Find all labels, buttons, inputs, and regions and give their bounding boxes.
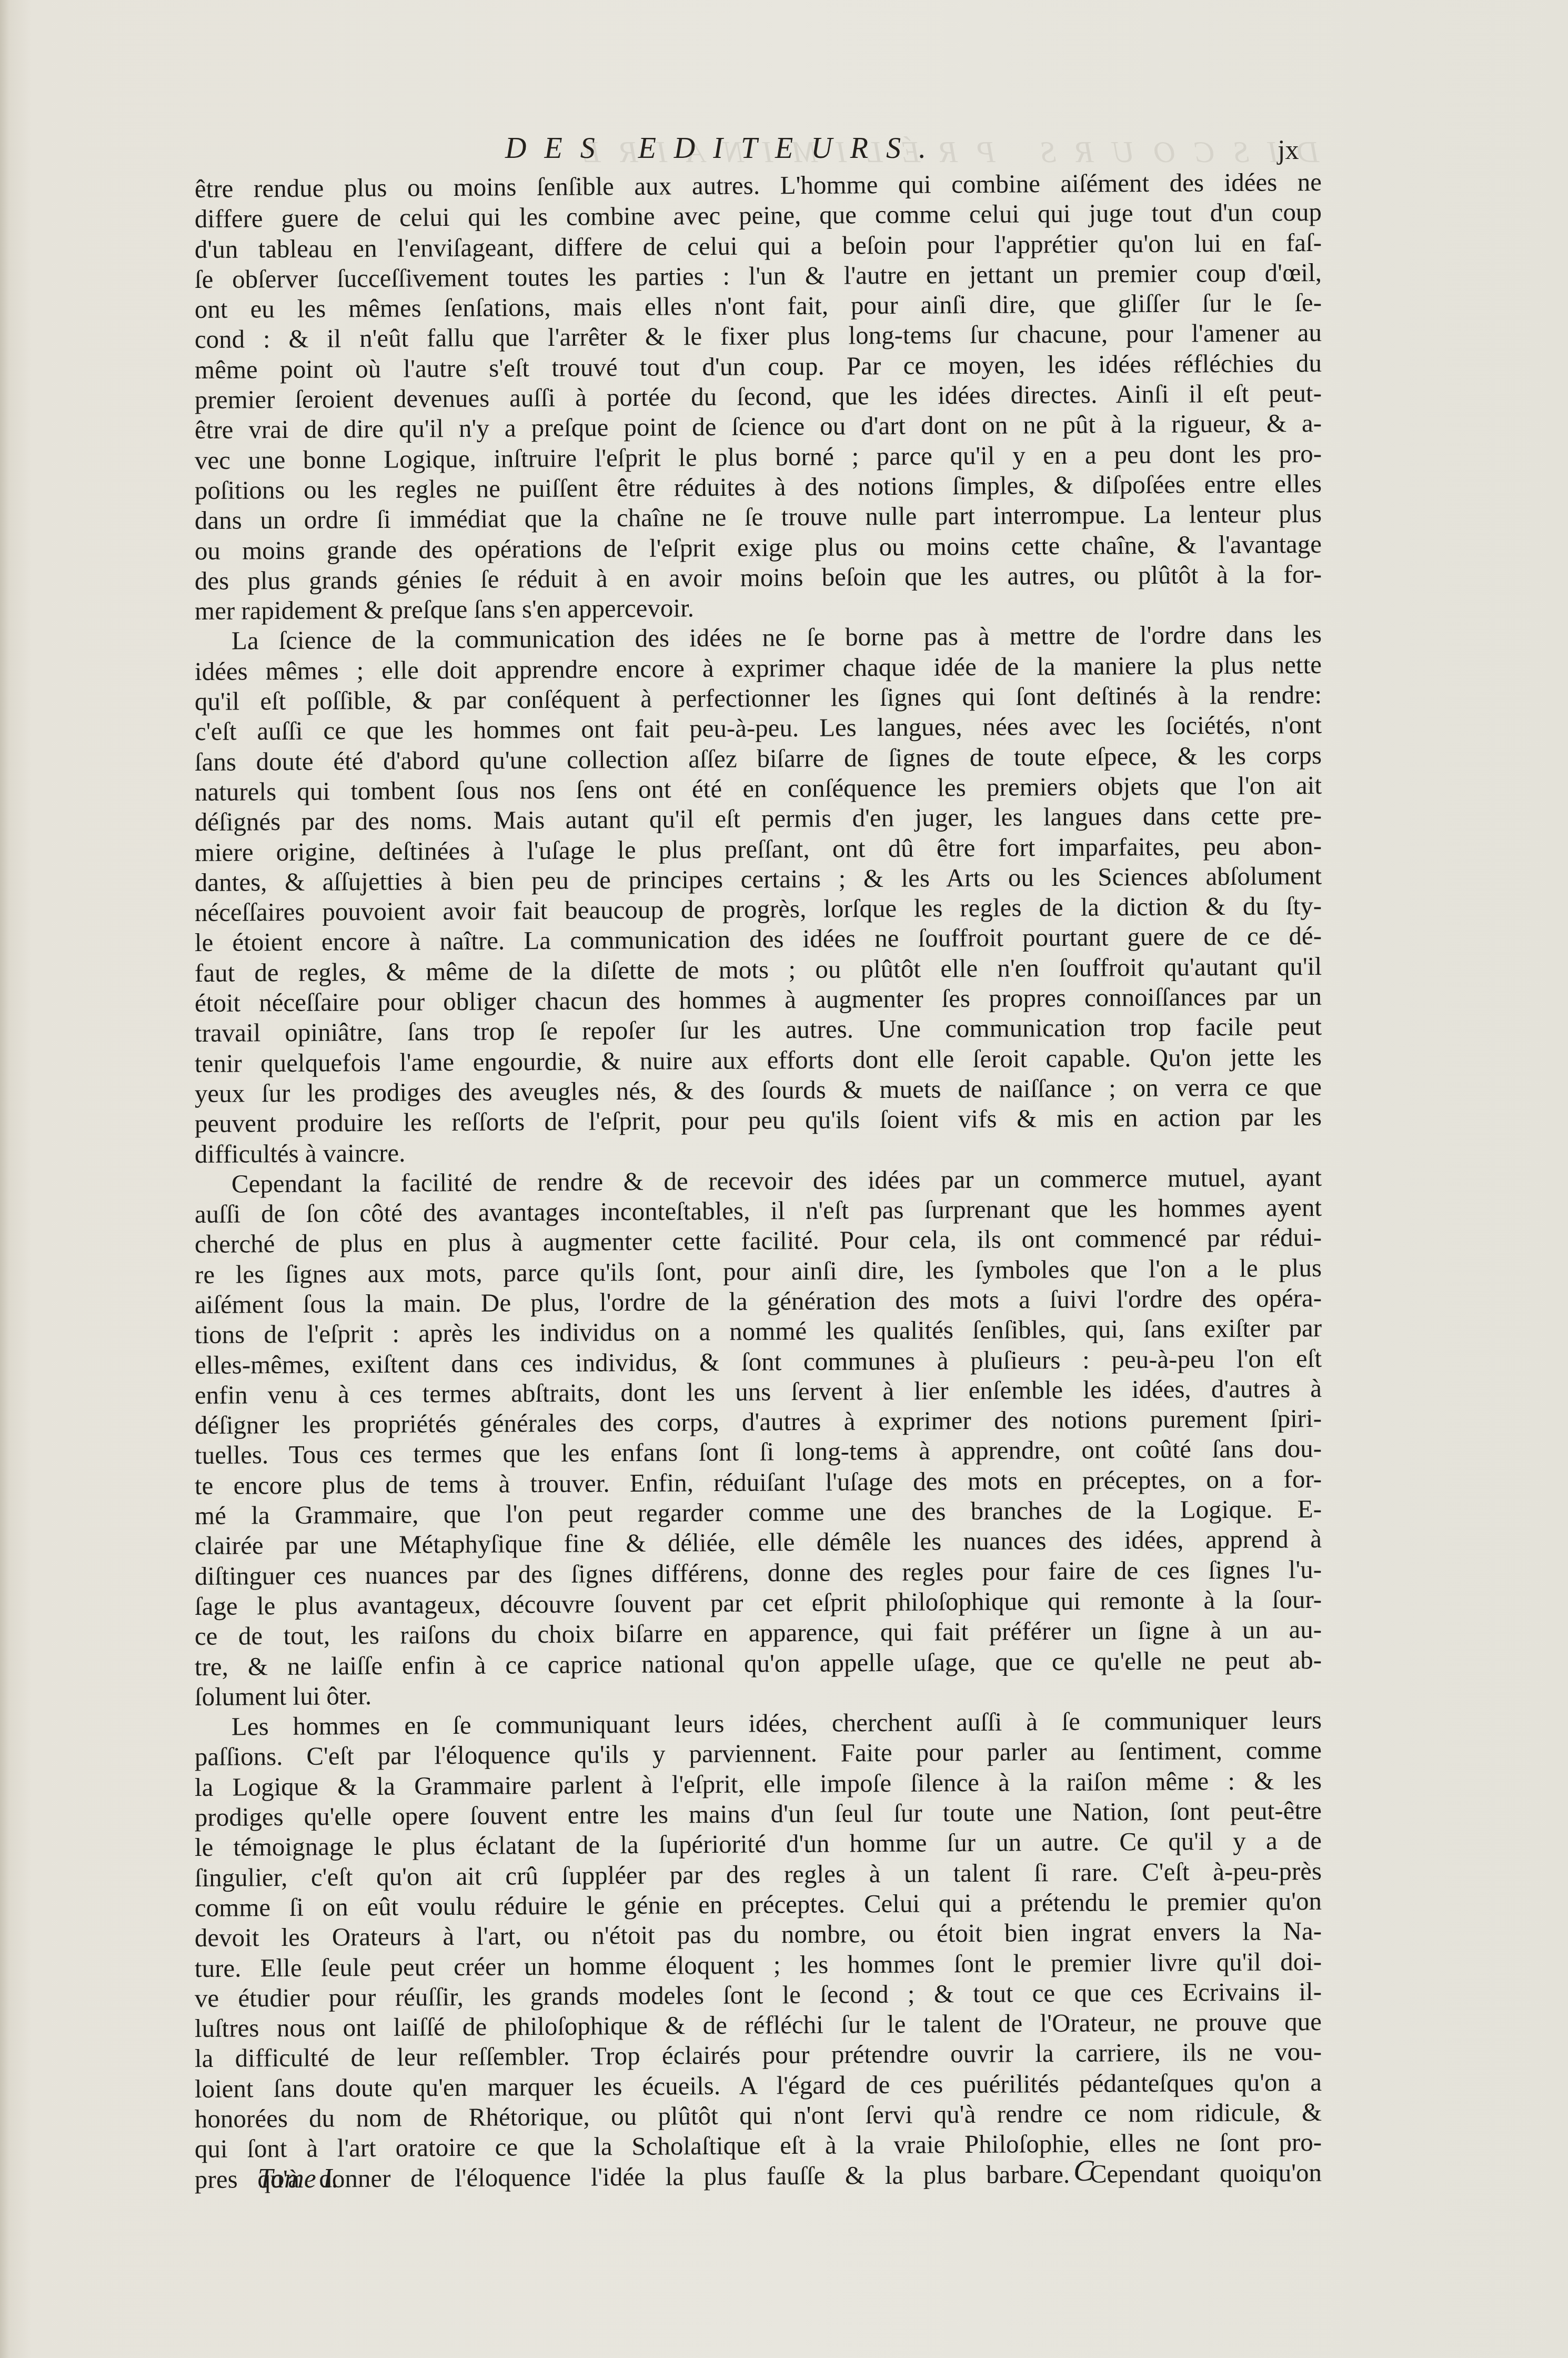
book-page: DISCOURS PRÉLIMINAIRE DES EDITEURS. jx ê… [0,0,1568,2358]
paragraph: Les hommes en ſe communiquant leurs idée… [195,1712,1322,2194]
volume-signature: Tome I. [258,2163,339,2194]
page-footer: Tome I. C [0,2163,1568,2216]
paragraph: être rendue plus ou moins ſenſible aux a… [195,174,1322,626]
paragraph: La ſcience de la communication des idées… [195,626,1322,1168]
paragraph: Cependant la facilité de rendre & de rec… [195,1169,1322,1712]
page-number: jx [1278,135,1299,166]
body-text: être rendue plus ou moins ſenſible aux a… [195,174,1322,2194]
running-title: DES EDITEURS. [505,132,944,165]
gathering-signature-mark: C [1073,2153,1094,2188]
